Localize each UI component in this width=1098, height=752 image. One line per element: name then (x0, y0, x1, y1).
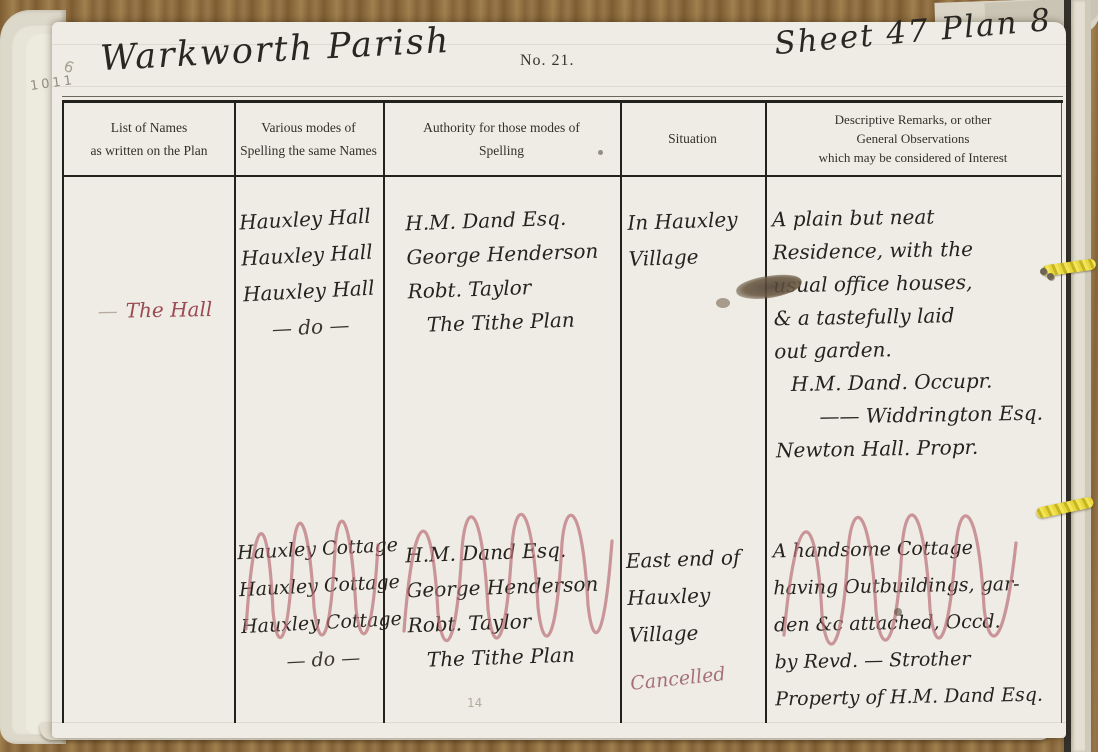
remarks-line: A plain but neat (772, 199, 1040, 237)
authority-entries-row2: H.M. Dand Esq. George Henderson Robt. Ta… (405, 532, 602, 679)
column-header-situation: Situation (620, 103, 765, 177)
situation-row1: In Hauxley Village (627, 201, 740, 277)
authority-line: The Tithe Plan (426, 637, 601, 678)
scanned-name-book-photo: { "page": { "parish_title": "Warkworth P… (0, 0, 1098, 752)
cancelled-note: Cancelled (628, 654, 746, 703)
remarks-line: Property of H.M. Dand Esq. (775, 677, 1043, 719)
situation-line: Village (628, 613, 744, 654)
ink-stain (716, 298, 730, 308)
remarks-line: usual office houses, (773, 265, 1041, 303)
authority-line: George Henderson (406, 567, 599, 609)
column-header-spellings: Various modes of Spelling the same Names (234, 103, 383, 177)
situation-line: East end of (625, 539, 741, 580)
situation-row2: East end of Hauxley Village Cancelled (625, 539, 745, 699)
page-stack-right-edge (1085, 0, 1091, 752)
column-header-authority: Authority for those modes of Spelling (383, 103, 620, 177)
page-stack-right-edge (1071, 0, 1085, 752)
remarks-line: out garden. (774, 331, 1042, 369)
binding-grommet (1040, 268, 1047, 275)
ditto-mark: — do — (244, 306, 377, 349)
sheet-plan-reference: Sheet 47 Plan 8 (773, 2, 1053, 62)
document-page: Warkworth Parish No. 21. Sheet 47 Plan 8… (52, 22, 1066, 738)
dash-mark: — (98, 299, 118, 323)
remarks-line: having Outbuildings, gar- (773, 566, 1041, 608)
spelling-line: Hauxley Hall (242, 270, 375, 313)
remarks-line: Newton Hall. Propr. (776, 430, 1044, 468)
situation-line: Hauxley (627, 576, 743, 617)
situation-line: Village (628, 237, 739, 277)
remarks-line: & a tastefully laid (773, 298, 1041, 336)
name-book-table: List of Names as written on the Plan Var… (62, 100, 1063, 723)
authority-entries-row1: H.M. Dand Esq. George Henderson Robt. Ta… (405, 200, 602, 343)
binding-grommet (1047, 273, 1054, 280)
spelling-entries-row2: Hauxley Cottage Hauxley Cottage Hauxley … (236, 527, 404, 683)
remarks-line: H.M. Dand. Occupr. (791, 364, 1043, 401)
remarks-line: A handsome Cottage (772, 529, 1040, 571)
column-names: List of Names as written on the Plan (62, 103, 236, 723)
form-number: No. 21. (520, 52, 575, 70)
remarks-row2: A handsome Cottage having Outbuildings, … (772, 529, 1043, 719)
remarks-line: —— Widdrington Esq. (819, 397, 1043, 434)
remarks-line: by Revd. — Strother (774, 640, 1042, 682)
remarks-line: den &c attached, Occd. (774, 603, 1042, 645)
situation-line: In Hauxley (627, 201, 738, 241)
ink-speck (894, 608, 902, 616)
entry-name-the-hall: —The Hall (90, 297, 220, 323)
faint-rule (52, 86, 1066, 87)
ink-speck (598, 150, 603, 155)
spelling-entries-row1: Hauxley Hall Hauxley Hall Hauxley Hall —… (238, 198, 377, 349)
authority-line: George Henderson (406, 234, 599, 275)
remarks-row1: A plain but neat Residence, with the usu… (772, 199, 1044, 468)
parish-title: Warkworth Parish (99, 21, 451, 79)
authority-line: The Tithe Plan (426, 302, 601, 342)
remarks-line: Residence, with the (772, 232, 1040, 270)
column-header-remarks: Descriptive Remarks, or other General Ob… (765, 103, 1061, 177)
column-header-names: List of Names as written on the Plan (64, 103, 234, 177)
